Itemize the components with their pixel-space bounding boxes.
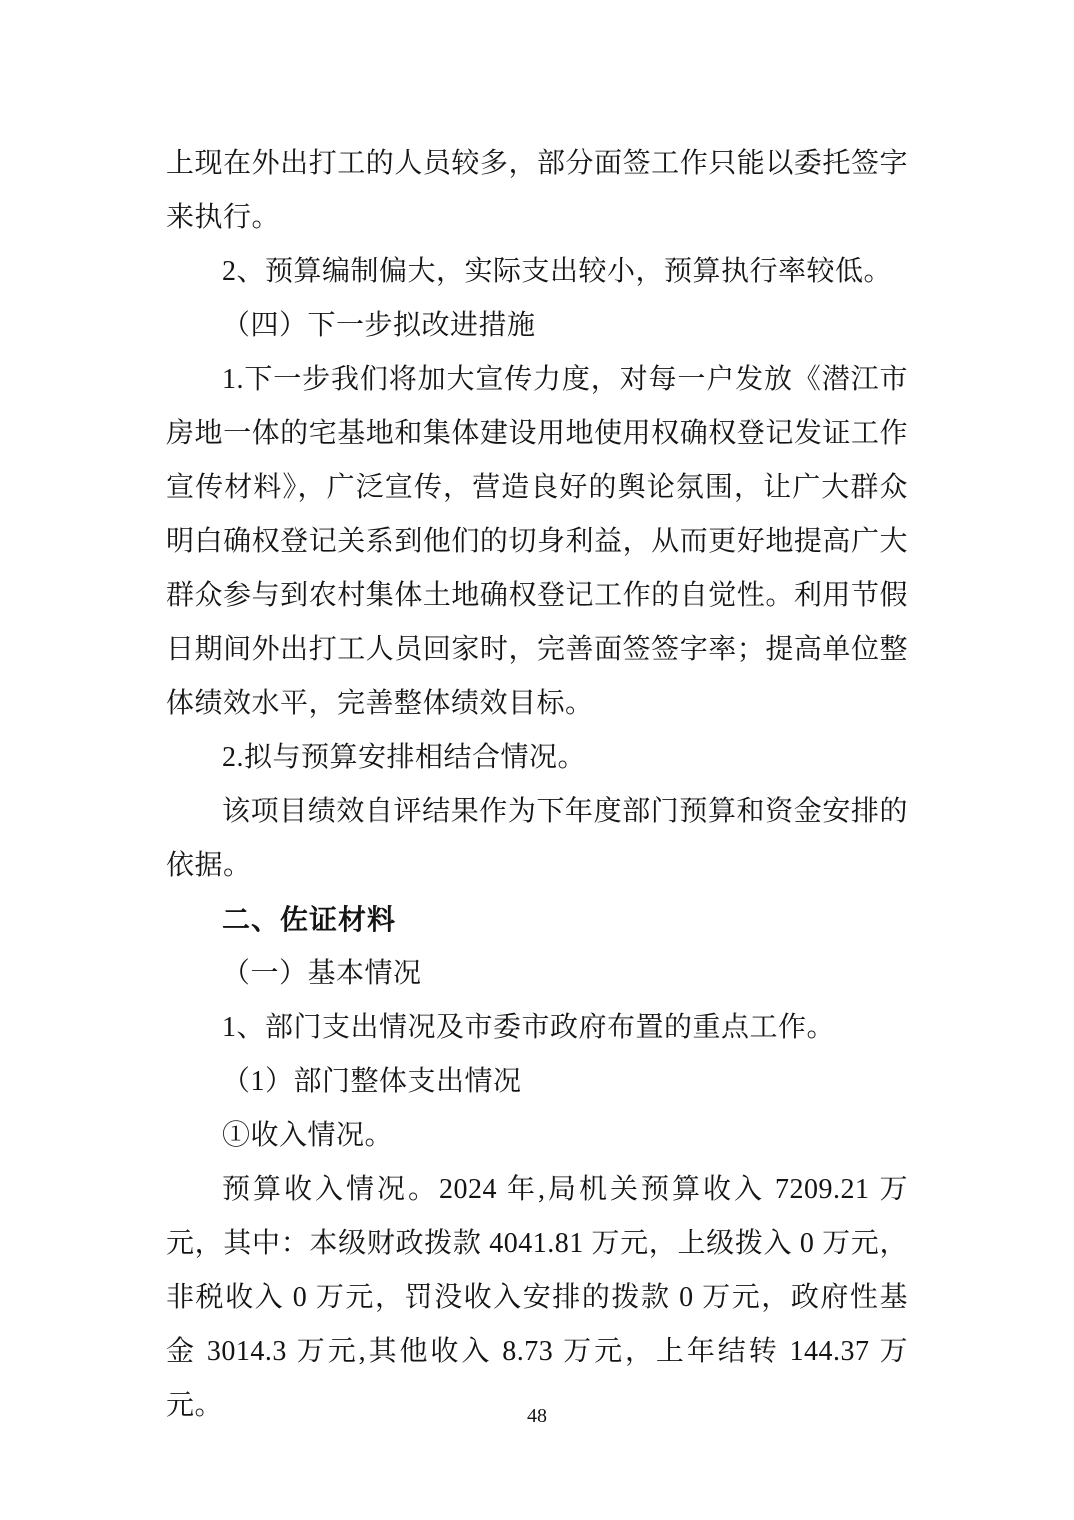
subsection-heading-overall-expense: （1）部门整体支出情况: [166, 1055, 908, 1109]
section-heading-four: （四）下一步拟改进措施: [166, 299, 908, 353]
paragraph-improvement-2: 2.拟与预算安排相结合情况。: [166, 731, 908, 785]
subsection-heading-basic: （一）基本情况: [166, 947, 908, 1001]
paragraph-continuation: 上现在外出打工的人员较多，部分面签工作只能以委托签字来执行。: [166, 137, 908, 245]
document-body: 上现在外出打工的人员较多，部分面签工作只能以委托签字来执行。 2、预算编制偏大，…: [166, 137, 908, 1433]
paragraph-budget-basis: 该项目绩效自评结果作为下年度部门预算和资金安排的依据。: [166, 785, 908, 893]
section-heading-two: 二、佐证材料: [166, 893, 908, 947]
document-page: 上现在外出打工的人员较多，部分面签工作只能以委托签字来执行。 2、预算编制偏大，…: [0, 0, 1074, 1520]
paragraph-department-expense: 1、部门支出情况及市委市政府布置的重点工作。: [166, 1001, 908, 1055]
subsection-heading-income: ①收入情况。: [166, 1109, 908, 1163]
page-number: 48: [0, 1402, 1074, 1430]
paragraph-problem-2: 2、预算编制偏大，实际支出较小，预算执行率较低。: [166, 245, 908, 299]
paragraph-improvement-1: 1.下一步我们将加大宣传力度，对每一户发放《潜江市房地一体的宅基地和集体建设用地…: [166, 353, 908, 731]
paragraph-budget-income-detail: 预算收入情况。2024 年,局机关预算收入 7209.21 万元，其中：本级财政…: [166, 1163, 908, 1433]
